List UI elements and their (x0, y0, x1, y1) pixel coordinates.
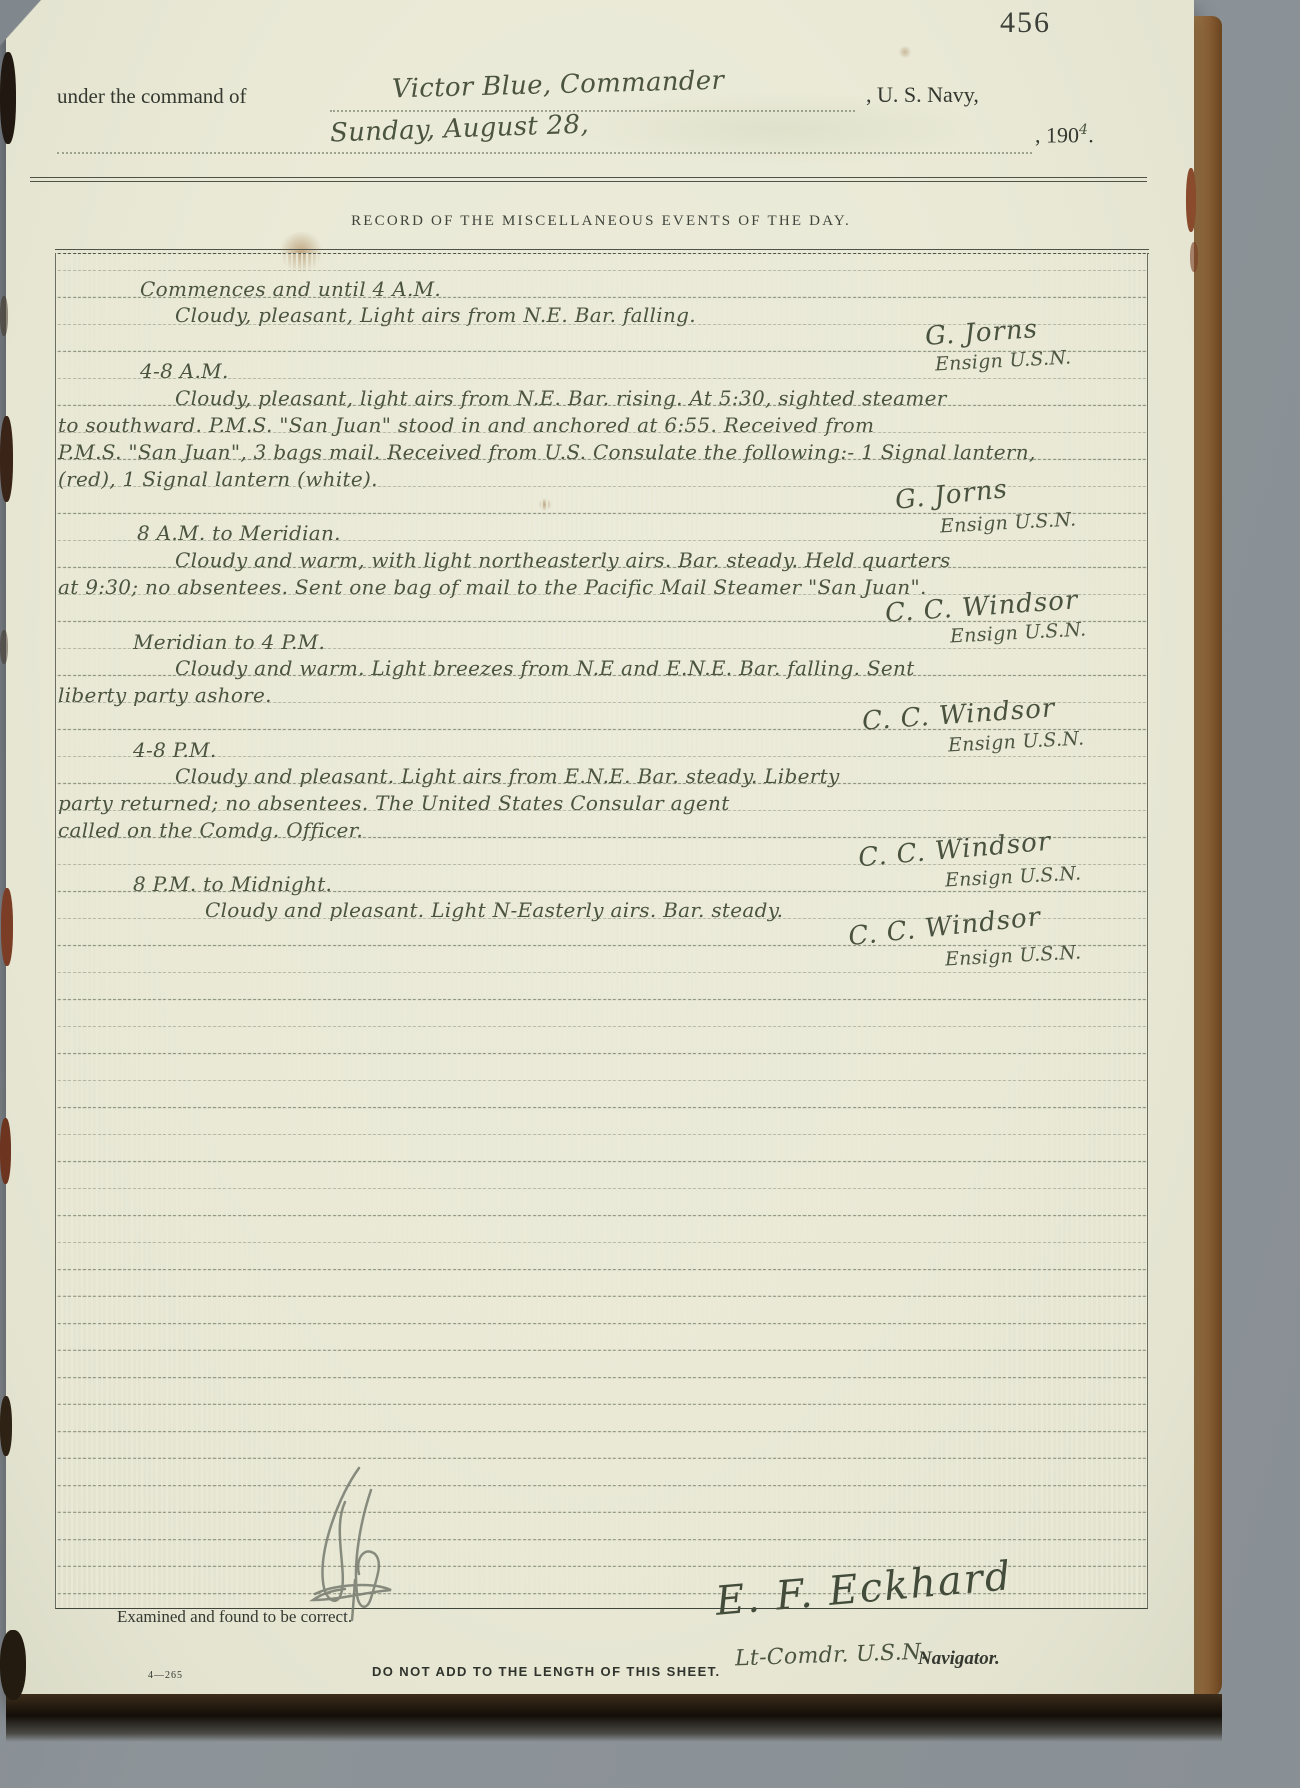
navigator-title: Navigator. (918, 1648, 1000, 1670)
underline-dotted (330, 110, 855, 112)
binding-mark (0, 1396, 12, 1456)
binding-mark (0, 1118, 11, 1184)
year-digit-handwritten: 4 (1079, 122, 1088, 138)
year-line: , 1904. (1035, 122, 1094, 148)
binding-mark (0, 630, 8, 664)
header-rule (30, 177, 1147, 182)
log-entry-line: Cloudy and pleasant. Light N-Easterly ai… (205, 898, 783, 922)
log-entry-heading: 4-8 P.M. (133, 738, 217, 762)
log-entry-line: P.M.S. "San Juan", 3 bags mail. Received… (58, 440, 1036, 464)
log-entry-heading: Commences and until 4 A.M. (140, 277, 441, 301)
log-entry-line: to southward. P.M.S. "San Juan" stood in… (58, 413, 874, 437)
form-number: 4—265 (148, 1670, 183, 1681)
book-bottom-shadow (6, 1694, 1222, 1742)
log-entry-line: Cloudy, pleasant, Light airs from N.E. B… (175, 303, 696, 327)
navy-suffix: , U. S. Navy, (866, 82, 979, 108)
log-entry-heading: Meridian to 4 P.M. (133, 630, 325, 654)
binding-mark (0, 52, 16, 144)
log-entry-line: at 9:30; no absentees. Sent one bag of m… (58, 575, 927, 599)
log-entry-line: Cloudy and warm, with light northeasterl… (175, 548, 951, 572)
log-entry-line: Cloudy and pleasant. Light airs from E.N… (175, 764, 840, 788)
log-entry-line: liberty party ashore. (58, 683, 272, 707)
binding-mark (0, 416, 13, 502)
length-warning: DO NOT ADD TO THE LENGTH OF THIS SHEET. (372, 1664, 721, 1679)
log-entry-line: party returned; no absentees. The United… (58, 791, 730, 815)
year-printed: , 190 (1035, 122, 1079, 147)
log-entry-line: Cloudy and warm. Light breezes from N.E … (175, 656, 915, 680)
log-entry-line: (red), 1 Signal lantern (white). (58, 467, 378, 491)
binding-mark (0, 1630, 26, 1700)
log-entry-line: called on the Comdg. Officer. (58, 818, 363, 842)
binding-mark (1, 888, 13, 966)
page-edge-mark (1186, 168, 1196, 232)
section-title: RECORD OF THE MISCELLANEOUS EVENTS OF TH… (55, 213, 1147, 230)
photographed-logbook-page: 456 under the command of Victor Blue, Co… (0, 0, 1300, 1788)
page-edge-mark (1190, 242, 1198, 272)
underline-dotted (57, 152, 1032, 154)
paper-corner-wedge (0, 0, 72, 58)
log-entry-heading: 4-8 A.M. (140, 359, 229, 383)
pencil-scribble (295, 1462, 405, 1622)
log-entry-heading: 8 P.M. to Midnight. (133, 872, 332, 896)
log-entry-line: Cloudy, pleasant, light airs from N.E. B… (175, 386, 947, 410)
command-line-prefix: under the command of (57, 84, 247, 109)
examined-statement: Examined and found to be correct. (117, 1607, 352, 1627)
binding-mark (0, 296, 8, 336)
year-period: . (1088, 122, 1094, 147)
log-entry-heading: 8 A.M. to Meridian. (137, 521, 341, 545)
page-number: 456 (1000, 6, 1051, 40)
